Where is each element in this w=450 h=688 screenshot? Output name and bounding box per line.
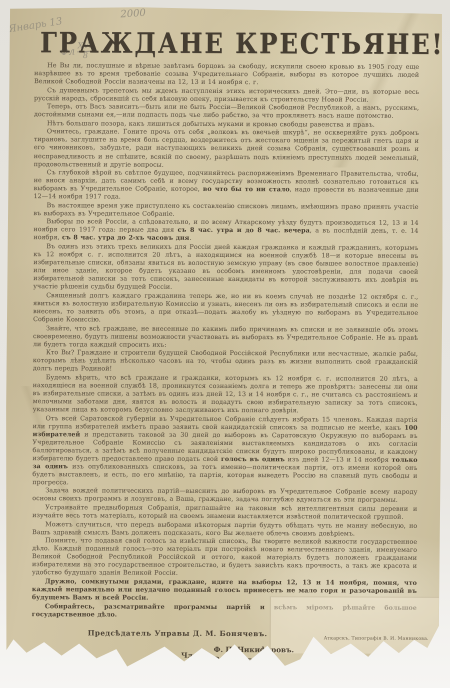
members-label: Члены Управы: bbox=[148, 650, 214, 668]
paragraph-text: Задача вождей политическихъ партій—выясн… bbox=[32, 488, 417, 505]
paragraph-text: Нѣтъ большаго позора, какъ лишиться добы… bbox=[47, 120, 375, 128]
paragraph-text: . bbox=[189, 235, 191, 242]
paragraph-text: Съ душевнымъ трепетомъ мы ждемъ наступле… bbox=[34, 87, 419, 103]
signature-members: Члены Управы: Ф. П. Никифоровъ. В. Я. Ко… bbox=[148, 644, 417, 675]
paragraph-text: Устраивайте предвыборныя Собранія, пригл… bbox=[32, 504, 417, 521]
paragraph-text: Священный долгъ каждаго гражданина тепер… bbox=[33, 292, 418, 323]
paragraph-12: Кто Вы? Граждане и строители будущей Сво… bbox=[33, 349, 418, 375]
paragraph-14: Отъ всей Саратовской губерніи въ Учредит… bbox=[32, 415, 417, 489]
paragraph-text: Кто Вы? Граждане и строители будущей Сво… bbox=[33, 349, 418, 372]
poster-title: ГРАЖДАНЕ КРЕСТЬЯНЕ! bbox=[40, 29, 414, 59]
poster-paper: Январь 13 2000 Фл XVI 8 ГРАЖДАНЕ КРЕСТЬЯ… bbox=[5, 6, 446, 676]
paragraph-13: Будемъ вѣрить, что всѣ граждане и гражда… bbox=[33, 374, 418, 416]
paragraph-2: Съ душевнымъ трепетомъ мы ждемъ наступле… bbox=[34, 87, 419, 105]
paragraph-10: Священный долгъ каждаго гражданина тепер… bbox=[33, 292, 418, 326]
paragraph-16: Устраивайте предвыборныя Собранія, пригл… bbox=[32, 504, 417, 522]
signature-member: Л. Ф. Никеровъ. bbox=[214, 666, 294, 675]
paragraph-text: Знайте, что всѣ граждане, не внесенные п… bbox=[33, 325, 418, 349]
paragraph-5: Очнитесь, граждане. Гоните прочь отъ себ… bbox=[34, 129, 419, 171]
paragraph-7: Въ настоящее время уже приступлено къ со… bbox=[34, 202, 419, 220]
paragraph-text: Помните, что подавая свой голосъ за извѣ… bbox=[32, 537, 417, 577]
members-names: Ф. П. Никифоровъ. В. Я. Ковтовъ. Л. Ф. Н… bbox=[214, 645, 295, 675]
paragraph-18: Помните, что подавая свой голосъ за извѣ… bbox=[32, 537, 417, 579]
paragraph-9: Въ одинъ изъ этихъ трехъ великихъ для Ро… bbox=[33, 243, 418, 293]
pencil-number-note: 2000 bbox=[120, 8, 146, 21]
paragraph-8: Выборы по всей Россіи, а слѣдовательно, … bbox=[33, 219, 418, 245]
emphasized-phrase: во что бы то ни стало bbox=[203, 186, 290, 193]
emphasized-phrase: съ 8 час. утра до 2-хъ часовъ дня bbox=[62, 235, 189, 243]
paragraph-3: Теперь, отъ Васъ зависитъ—быть или не бы… bbox=[34, 103, 419, 121]
signature-member: В. Я. Ковтовъ. bbox=[214, 655, 294, 664]
paragraph-text: Въ настоящее время уже приступлено къ со… bbox=[34, 202, 419, 218]
paragraph-text: изъ опубликованныхъ списковъ, за тотъ им… bbox=[32, 463, 417, 486]
scan-background: { "colors":{"paper":"#cdc19e","ink":"#56… bbox=[0, 0, 450, 688]
paragraph-text: Очнитесь, граждане. Гоните прочь отъ себ… bbox=[34, 129, 419, 169]
paragraph-17: Можетъ случиться, что передъ выборами нѣ… bbox=[32, 521, 417, 539]
emphasized-phrase: голосъ въ одинъ bbox=[221, 456, 285, 463]
emphasized-phrase: съ 8 час. утра и до 8 час. вечера bbox=[178, 227, 310, 235]
paragraph-6: Съ глубокой вѣрой въ свѣтлое будущее, по… bbox=[34, 169, 419, 203]
paragraph-1: Не Вы ли, послушные и вѣрные завѣтамъ бо… bbox=[34, 62, 419, 88]
paragraph-11: Знайте, что всѣ граждане, не внесенные п… bbox=[33, 325, 418, 351]
paragraph-text: Можетъ случиться, что передъ выборами нѣ… bbox=[32, 521, 417, 537]
paragraph-text: Будемъ вѣрить, что всѣ граждане и гражда… bbox=[33, 374, 418, 414]
paragraph-text: Отъ всей Саратовской губерніи въ Учредит… bbox=[33, 415, 418, 432]
poster-body: Не Вы ли, послушные и вѣрные завѣтамъ бо… bbox=[32, 62, 419, 620]
paragraph-text: Теперь, отъ Васъ зависитъ—быть или не бы… bbox=[34, 103, 419, 120]
paragraph-15: Задача вождей политическихъ партій—выясн… bbox=[32, 488, 417, 506]
signature-secretary: Секретарь Управы А. Д. Экстромъ. bbox=[101, 680, 416, 688]
signature-member: Ф. П. Никифоровъ. bbox=[214, 645, 294, 654]
paragraph-text: Въ одинъ изъ этихъ трехъ великихъ для Ро… bbox=[33, 243, 418, 291]
paragraph-text: Не Вы ли, послушные и вѣрные завѣтамъ бо… bbox=[34, 62, 419, 86]
paragraph-text: изъ дней 12—13 и 14 ноября bbox=[285, 456, 392, 463]
printer-imprint: Аткарскъ, Типографія В. И. Манникова. bbox=[324, 636, 429, 641]
